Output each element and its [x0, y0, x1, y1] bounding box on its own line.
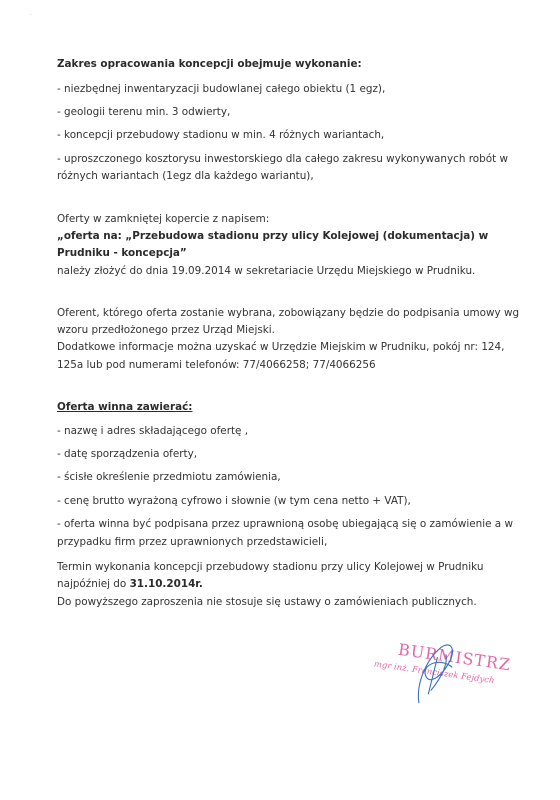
mayor-stamp: BURMISTRZ mgr inż. Franciszek Fejdych: [360, 626, 510, 725]
completion-deadline: najpóźniej do 31.10.2014r.: [57, 578, 203, 590]
offer-deadline: należy złożyć do dnia 19.09.2014 w sekre…: [57, 265, 475, 277]
offer-contents-item: - datę sporządzenia oferty,: [57, 448, 197, 460]
additional-info-phones: 125a lub pod numerami telefonów: 77/4066…: [57, 359, 376, 371]
signature-icon: [360, 626, 510, 725]
procurement-note: Do powyższego zaproszenia nie stosuje si…: [57, 596, 477, 608]
offer-contents-item: - nazwę i adres składającego ofertę ,: [57, 425, 248, 437]
offer-contents-item: - cenę brutto wyrażoną cyfrowo i słownie…: [57, 495, 411, 507]
additional-info: Dodatkowe informacje można uzyskać w Urz…: [57, 341, 504, 353]
scope-title: Zakres opracowania koncepcji obejmuje wy…: [57, 58, 362, 70]
offer-envelope-label: „oferta na: „Przebudowa stadionu przy ul…: [57, 230, 488, 242]
offer-contents-item-cont: przypadku firm przez uprawnionych przeds…: [57, 536, 327, 548]
offer-contents-title: Oferta winna zawierać:: [57, 401, 192, 413]
scope-item-continuation: różnych wariantach (1egz dla każdego war…: [57, 170, 314, 182]
offer-contents-item: - ścisłe określenie przedmiotu zamówieni…: [57, 471, 281, 483]
contract-info: wzoru przedłożonego przez Urząd Miejski.: [57, 324, 275, 336]
contract-info: Oferent, którego oferta zostanie wybrana…: [57, 307, 519, 319]
scope-item: - koncepcji przebudowy stadionu w min. 4…: [57, 129, 384, 141]
scan-mark: ·: [30, 12, 32, 19]
offer-intro: Oferty w zamkniętej kopercie z napisem:: [57, 213, 269, 225]
scope-item: - niezbędnej inwentaryzacji budowlanej c…: [57, 83, 385, 95]
completion-deadline-prefix: najpóźniej do: [57, 578, 130, 590]
scope-item: - uproszczonego kosztorysu inwestorskieg…: [57, 153, 508, 165]
offer-contents-item: - oferta winna być podpisana przez upraw…: [57, 518, 513, 530]
document-page: · Zakres opracowania koncepcji obejmuje …: [0, 0, 560, 800]
completion-term: Termin wykonania koncepcji przebudowy st…: [57, 561, 483, 573]
completion-date: 31.10.2014r.: [130, 578, 203, 590]
offer-envelope-label-cont: Prudniku - koncepcja”: [57, 247, 187, 259]
scope-item: - geologii terenu min. 3 odwierty,: [57, 106, 230, 118]
